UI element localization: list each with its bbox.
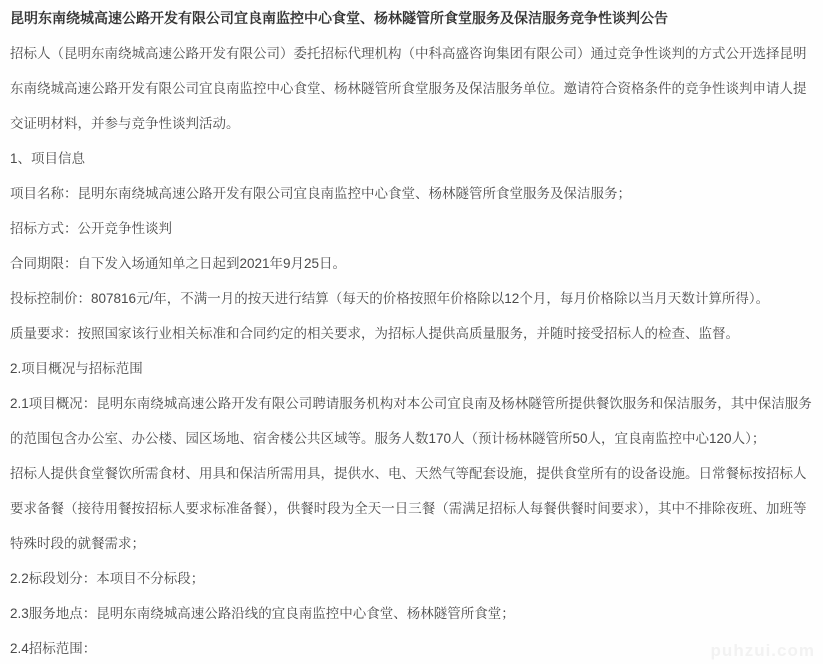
quality-requirements: 质量要求：按照国家该行业相关标准和合同约定的相关要求，为招标人提供高质量服务，并… [10,316,813,351]
service-location: 2.3服务地点：昆明东南绕城高速公路沿线的宜良南监控中心食堂、杨林隧管所食堂； [10,596,813,631]
section-division: 2.2标段划分：本项目不分标段； [10,561,813,596]
provisions-paragraph: 招标人提供食堂餐饮所需食材、用具和保洁所需用具，提供水、电、天然气等配套设施，提… [10,456,813,561]
watermark: puhzui.com [711,641,815,661]
announcement-document: 昆明东南绕城高速公路开发有限公司宜良南监控中心食堂、杨林隧管所食堂服务及保洁服务… [0,0,823,664]
page-background: { "doc": { "title": "昆明东南绕城高速公路开发有限公司宜良南… [0,0,823,664]
page-title: 昆明东南绕城高速公路开发有限公司宜良南监控中心食堂、杨林隧管所食堂服务及保洁服务… [10,1,813,36]
section-2-heading: 2.项目概况与招标范围 [10,351,813,386]
intro-paragraph: 招标人（昆明东南绕城高速公路开发有限公司）委托招标代理机构（中科高盛咨询集团有限… [10,36,813,141]
bid-control-price: 投标控制价：807816元/年，不满一月的按天进行结算（每天的价格按照年价格除以… [10,281,813,316]
project-overview: 2.1项目概况：昆明东南绕城高速公路开发有限公司聘请服务机构对本公司宜良南及杨林… [10,386,813,456]
bidding-method: 招标方式：公开竞争性谈判 [10,211,813,246]
project-name: 项目名称：昆明东南绕城高速公路开发有限公司宜良南监控中心食堂、杨林隧管所食堂服务… [10,176,813,211]
section-1-heading: 1、项目信息 [10,141,813,176]
bidding-scope: 2.4招标范围： [10,631,813,664]
contract-period: 合同期限：自下发入场通知单之日起到2021年9月25日。 [10,246,813,281]
